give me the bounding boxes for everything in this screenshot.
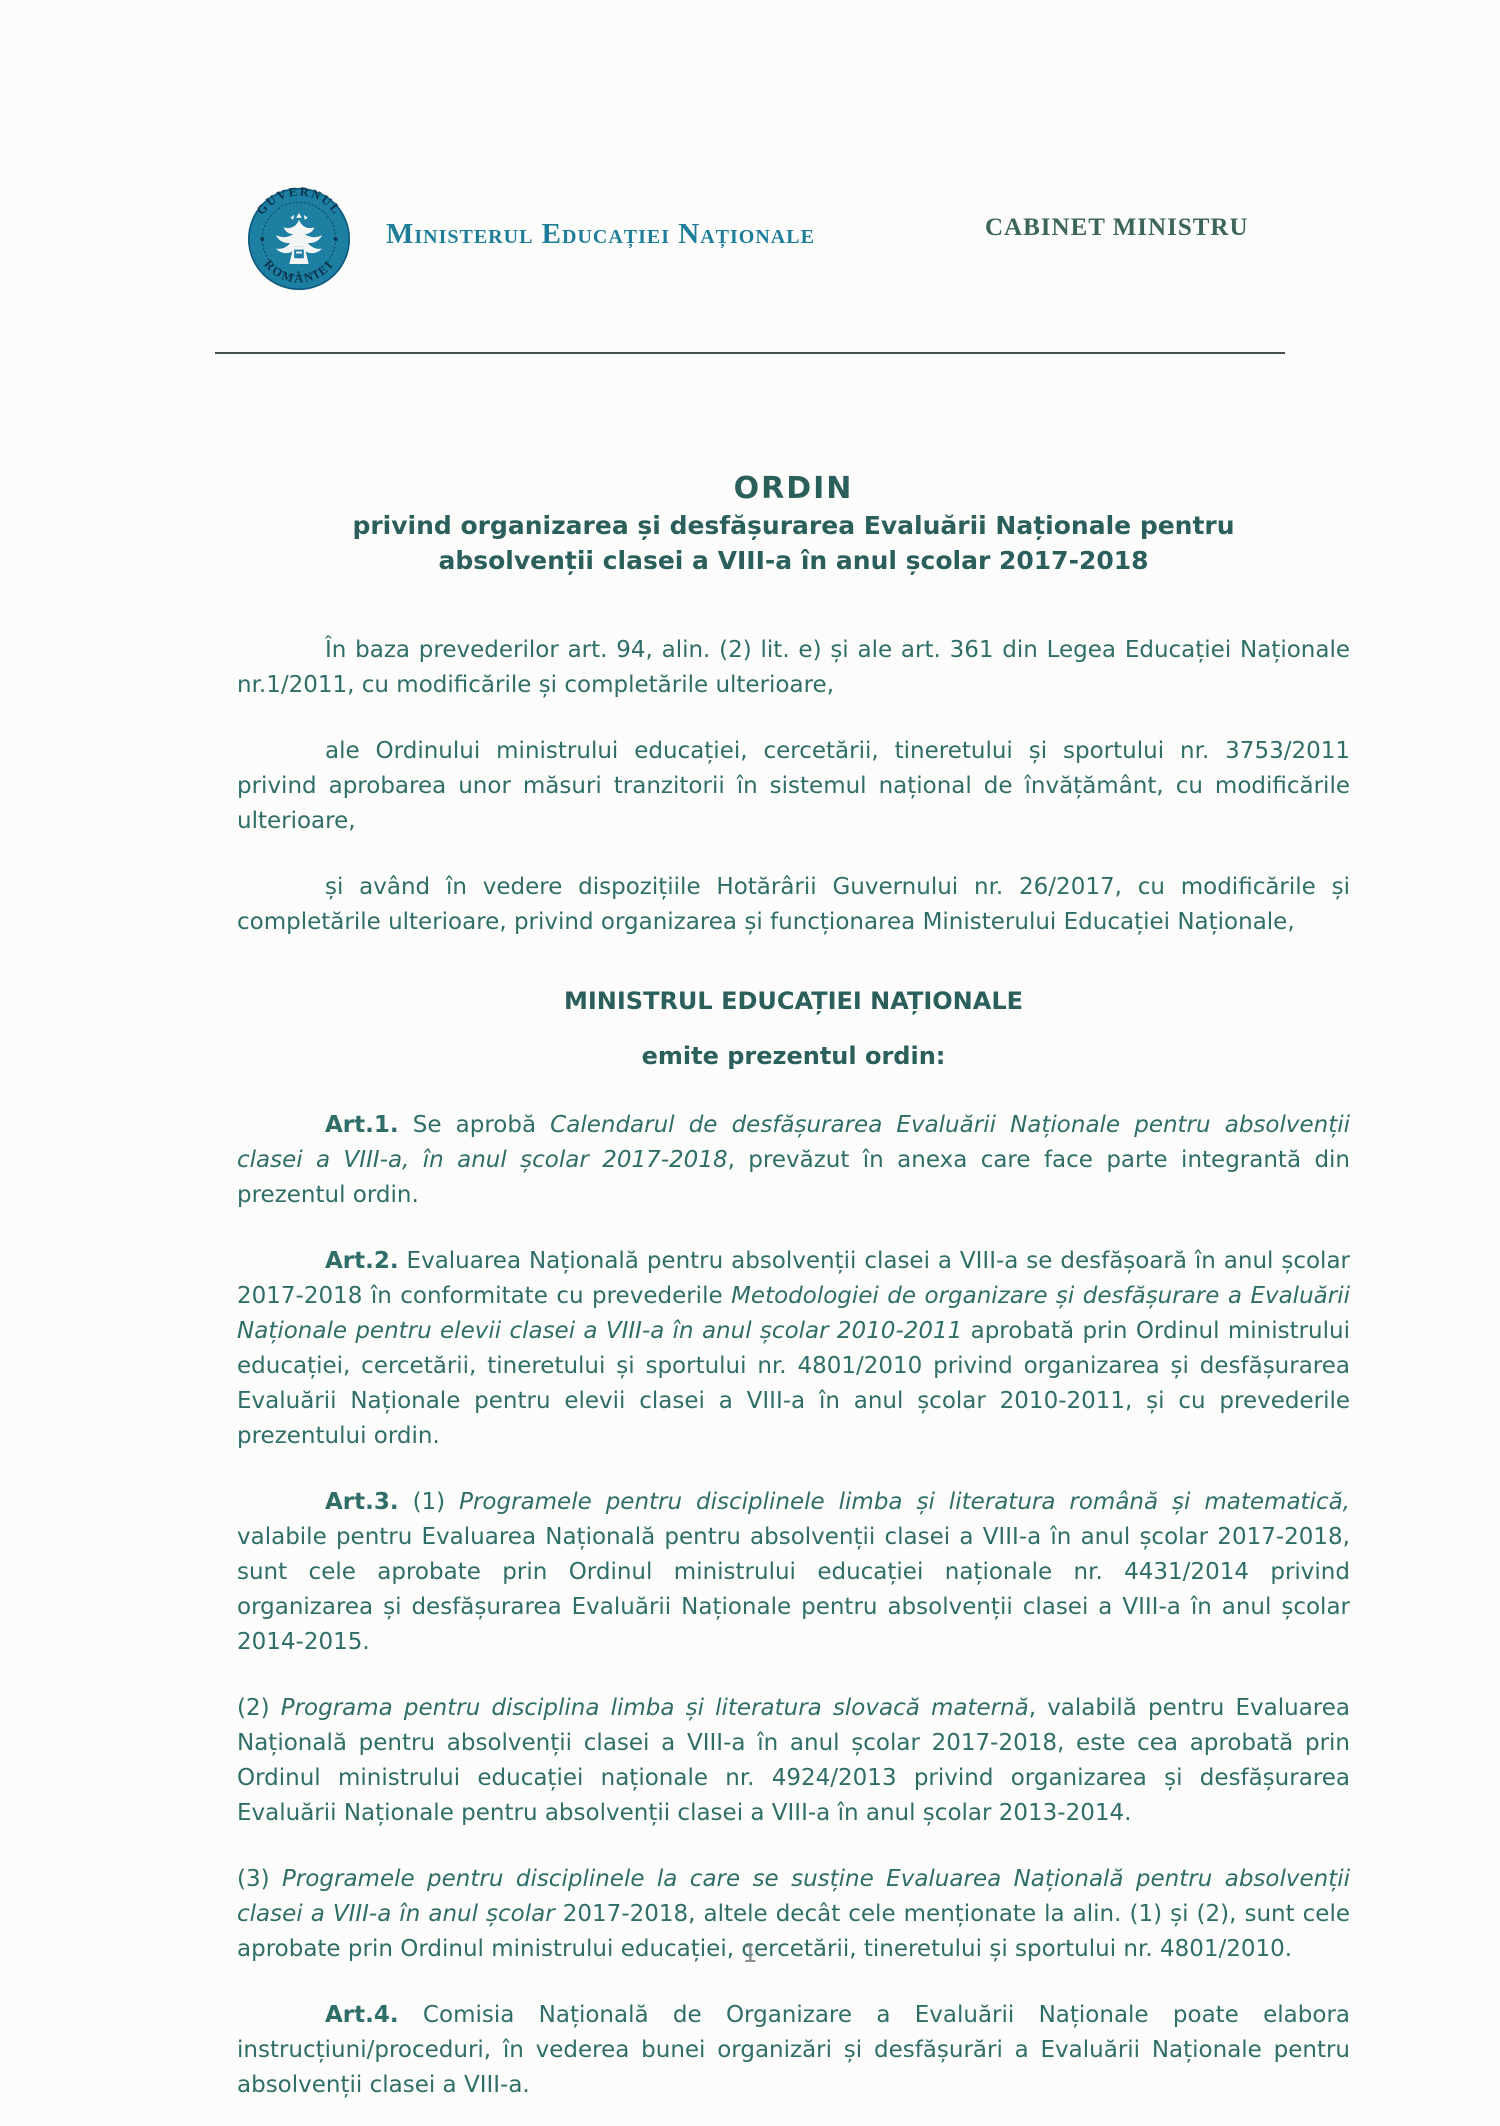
order-subtitle-line1: privind organizarea și desfășurarea Eval… [237, 508, 1350, 543]
article-paragraph-art3-2: (2) Programa pentru disciplina limba și … [237, 1691, 1350, 1831]
government-seal-logo: GUVERNUL ROMÂNIEI [246, 186, 352, 292]
preamble-paragraph: ale Ordinului ministrului educației, cer… [237, 734, 1350, 839]
document-page: GUVERNUL ROMÂNIEI Ministerul Educației N… [0, 0, 1500, 2126]
cabinet-label: CABINET MINISTRU [985, 214, 1249, 242]
article-paragraph-art3-1: Art.3. (1) Programele pentru disciplinel… [237, 1485, 1350, 1660]
preamble-paragraph: În baza prevederilor art. 94, alin. (2) … [237, 633, 1350, 703]
order-title: ORDIN [237, 470, 1350, 508]
issuer-subheading: emite prezentul ordin: [237, 1039, 1350, 1074]
article-paragraph-art1: Art.1. Se aprobă Calendarul de desfășura… [237, 1108, 1350, 1213]
order-title-block: ORDIN privind organizarea și desfășurare… [237, 470, 1350, 578]
article-paragraph-art4: Art.4. Comisia Națională de Organizare a… [237, 1998, 1350, 2103]
preamble-paragraph: și având în vedere dispozițiile Hotărâri… [237, 870, 1350, 940]
government-seal-icon: GUVERNUL ROMÂNIEI [246, 186, 352, 292]
header-divider [215, 352, 1285, 354]
issuer-heading: MINISTRUL EDUCAȚIEI NAȚIONALE [237, 984, 1350, 1019]
document-body: ORDIN privind organizarea și desfășurare… [237, 470, 1350, 2126]
order-subtitle-line2: absolvenții clasei a VIII-a în anul școl… [237, 543, 1350, 578]
page-number: 1 [0, 1940, 1500, 1968]
ministry-name: Ministerul Educației Naționale [386, 218, 815, 251]
article-paragraph-art2: Art.2. Evaluarea Națională pentru absolv… [237, 1244, 1350, 1454]
